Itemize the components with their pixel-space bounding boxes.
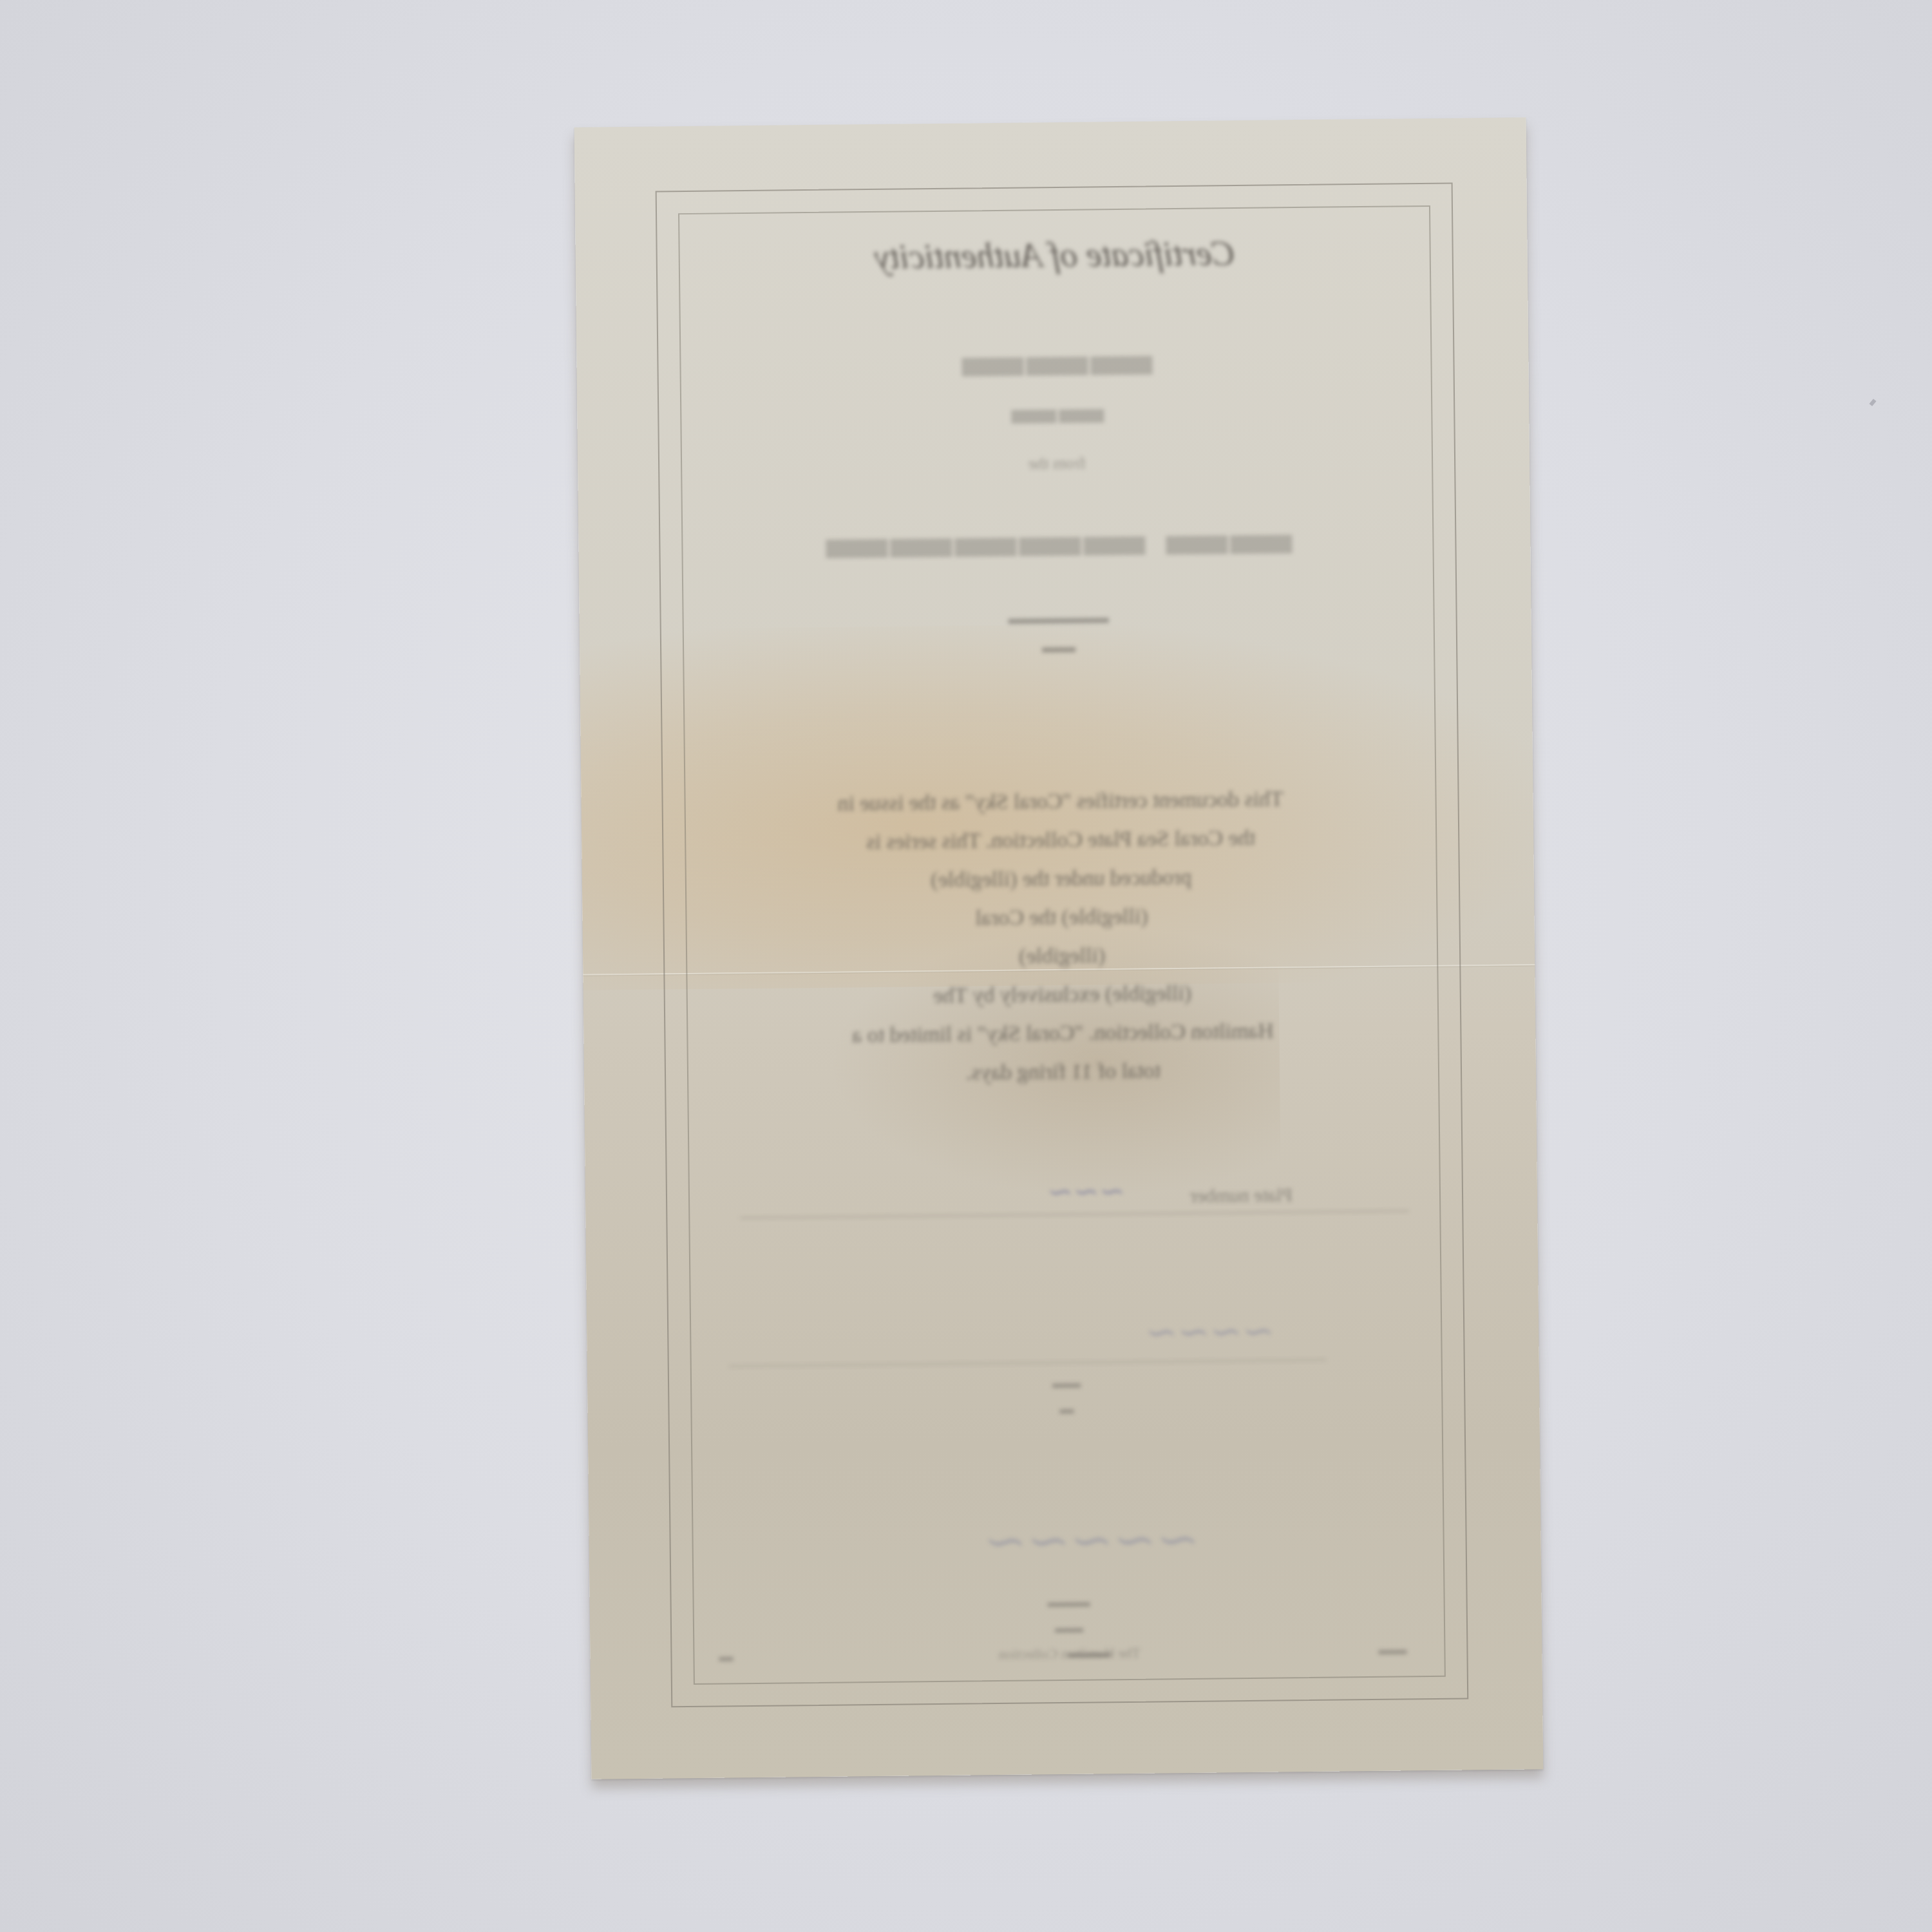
title-block-line-2: ▬▬ — [680, 379, 1433, 439]
body-line: (illegible) the Coral — [756, 895, 1367, 940]
subtitle-line-2: ▬▬ — [683, 634, 1435, 661]
body-line: the Coral Sea Plate Collection. This ser… — [755, 818, 1367, 863]
background-speck — [1869, 399, 1876, 406]
plate-number-handwritten: ~~~ — [1047, 1173, 1125, 1210]
footer-right-code: ▬ — [719, 1648, 733, 1665]
certificate-title: Certificate of Authenticity — [678, 231, 1431, 279]
plate-number-line: Plate number ~~~ — [740, 1171, 1409, 1218]
body-paragraph: This document certifies "Coral Sky" as t… — [755, 779, 1368, 1095]
footer-center-code: ▬▬▬ — [1068, 1644, 1110, 1662]
signature-2: ~~~~~ — [983, 1509, 1200, 1571]
body-line: (illegible) exclusively by The — [757, 972, 1368, 1018]
collection-name-block: ▬▬ ▬▬▬▬▬ — [681, 495, 1434, 574]
plate-number-label: Plate number — [1190, 1184, 1293, 1207]
body-line: Hamilton Collection. "Coral Sky" is limi… — [757, 1011, 1368, 1056]
subtitle-line-1: ▬▬▬▬▬▬ — [683, 605, 1435, 632]
signature-1-caption-2: ▬ — [690, 1397, 1443, 1421]
certificate-paper: Certificate of Authenticity ▬▬▬ ▬▬ from … — [574, 117, 1544, 1779]
footer-left-code: ▬▬ — [1378, 1641, 1406, 1658]
body-line: This document certifies "Coral Sky" as t… — [755, 779, 1366, 824]
signature-2-caption: ▬▬▬ — [693, 1590, 1445, 1615]
signature-line-1 — [728, 1314, 1327, 1367]
body-line: (illegible) — [757, 934, 1368, 979]
body-line: total of 11 firing days. — [758, 1050, 1369, 1095]
body-line: produced under the (illegible) — [756, 857, 1367, 902]
show-through-text: Certificate of Authenticity ▬▬▬ ▬▬ from … — [678, 205, 1446, 1685]
signature-2-caption-2: ▬▬ — [693, 1616, 1445, 1640]
from-label: from the — [681, 450, 1433, 477]
signature-1-caption: ▬▬ — [690, 1371, 1443, 1396]
